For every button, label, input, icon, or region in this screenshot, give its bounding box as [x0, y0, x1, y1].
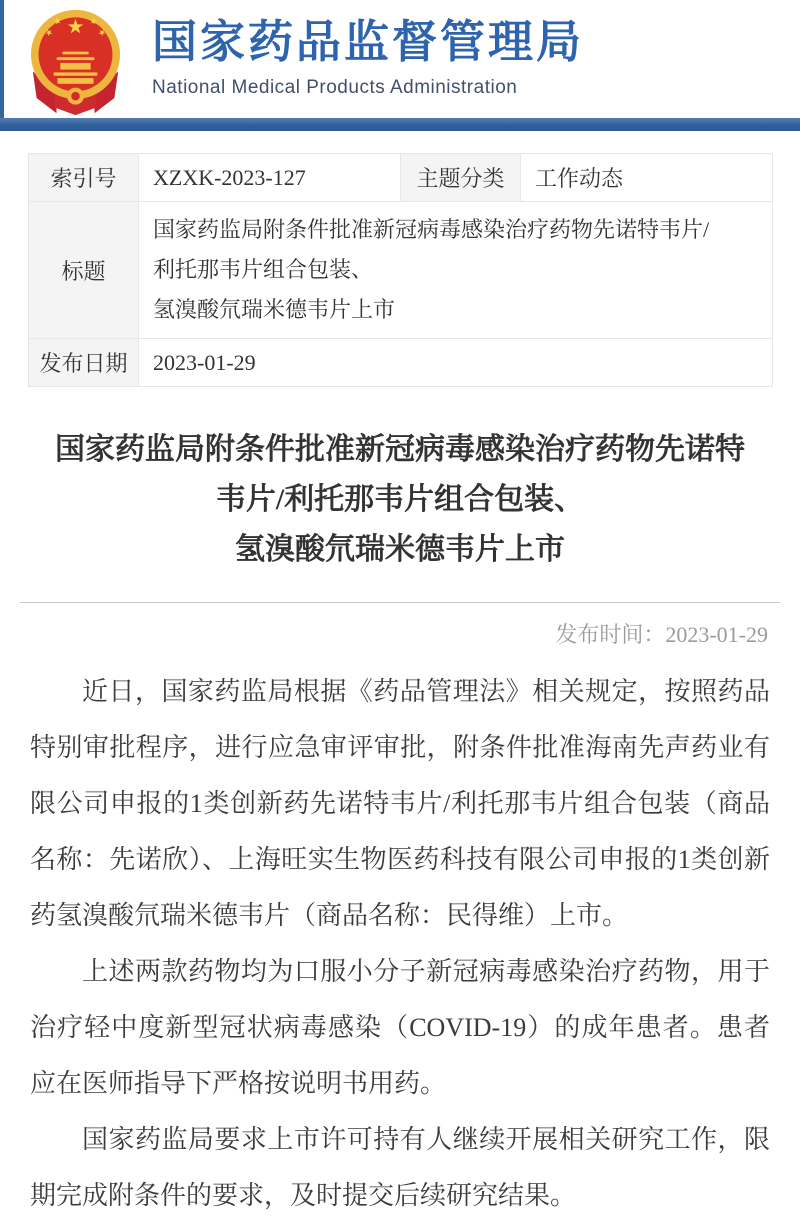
meta-row-title: 标题 国家药监局附条件批准新冠病毒感染治疗药物先诺特韦片/ 利托那韦片组合包装、…	[29, 202, 773, 339]
title-value: 国家药监局附条件批准新冠病毒感染治疗药物先诺特韦片/ 利托那韦片组合包装、 氢溴…	[139, 202, 773, 339]
title-label: 标题	[29, 202, 139, 339]
article-title-line3: 氢溴酸氘瑞米德韦片上市	[20, 525, 780, 575]
org-name-en: National Medical Products Administration	[152, 77, 584, 99]
title-divider-rule	[20, 602, 780, 603]
left-accent-strip	[0, 0, 4, 118]
category-label: 主题分类	[401, 154, 521, 202]
index-value: XZXK-2023-127	[139, 154, 401, 202]
article-body: 近日，国家药监局根据《药品管理法》相关规定，按照药品特别审批程序，进行应急审评审…	[30, 664, 770, 1224]
article-paragraph-1: 近日，国家药监局根据《药品管理法》相关规定，按照药品特别审批程序，进行应急审评审…	[30, 664, 770, 944]
article-paragraph-2: 上述两款药物均为口服小分子新冠病毒感染治疗药物，用于治疗轻中度新型冠状病毒感染（…	[30, 944, 770, 1112]
date-label: 发布日期	[29, 339, 139, 387]
category-value: 工作动态	[521, 154, 773, 202]
date-value: 2023-01-29	[139, 339, 773, 387]
meta-row-index: 索引号 XZXK-2023-127 主题分类 工作动态	[29, 154, 773, 202]
meta-row-date: 发布日期 2023-01-29	[29, 339, 773, 387]
article-paragraph-3: 国家药监局要求上市许可持有人继续开展相关研究工作，限期完成附条件的要求，及时提交…	[30, 1112, 770, 1224]
title-value-line2: 利托那韦片组合包装、	[153, 250, 762, 290]
article-title-line2: 韦片/利托那韦片组合包装、	[20, 475, 780, 525]
header-divider-bar	[0, 118, 800, 131]
npa-announcement-page: { "colors": { "header_title_blue": "#2e6…	[0, 0, 800, 1231]
title-value-line1: 国家药监局附条件批准新冠病毒感染治疗药物先诺特韦片/	[153, 210, 762, 250]
publish-time: 发布时间：2023-01-29	[0, 618, 768, 649]
article-title-line1: 国家药监局附条件批准新冠病毒感染治疗药物先诺特	[20, 425, 780, 475]
title-value-line3: 氢溴酸氘瑞米德韦片上市	[153, 290, 762, 330]
national-emblem-icon	[28, 7, 123, 117]
org-name-block: 国家药品监督管理局 National Medical Products Admi…	[152, 16, 584, 99]
document-meta-table: 索引号 XZXK-2023-127 主题分类 工作动态 标题 国家药监局附条件批…	[28, 153, 773, 387]
org-name-zh: 国家药品监督管理局	[152, 16, 584, 68]
article-title: 国家药监局附条件批准新冠病毒感染治疗药物先诺特 韦片/利托那韦片组合包装、 氢溴…	[20, 425, 780, 575]
site-header: 国家药品监督管理局 National Medical Products Admi…	[0, 0, 800, 118]
index-label: 索引号	[29, 154, 139, 202]
